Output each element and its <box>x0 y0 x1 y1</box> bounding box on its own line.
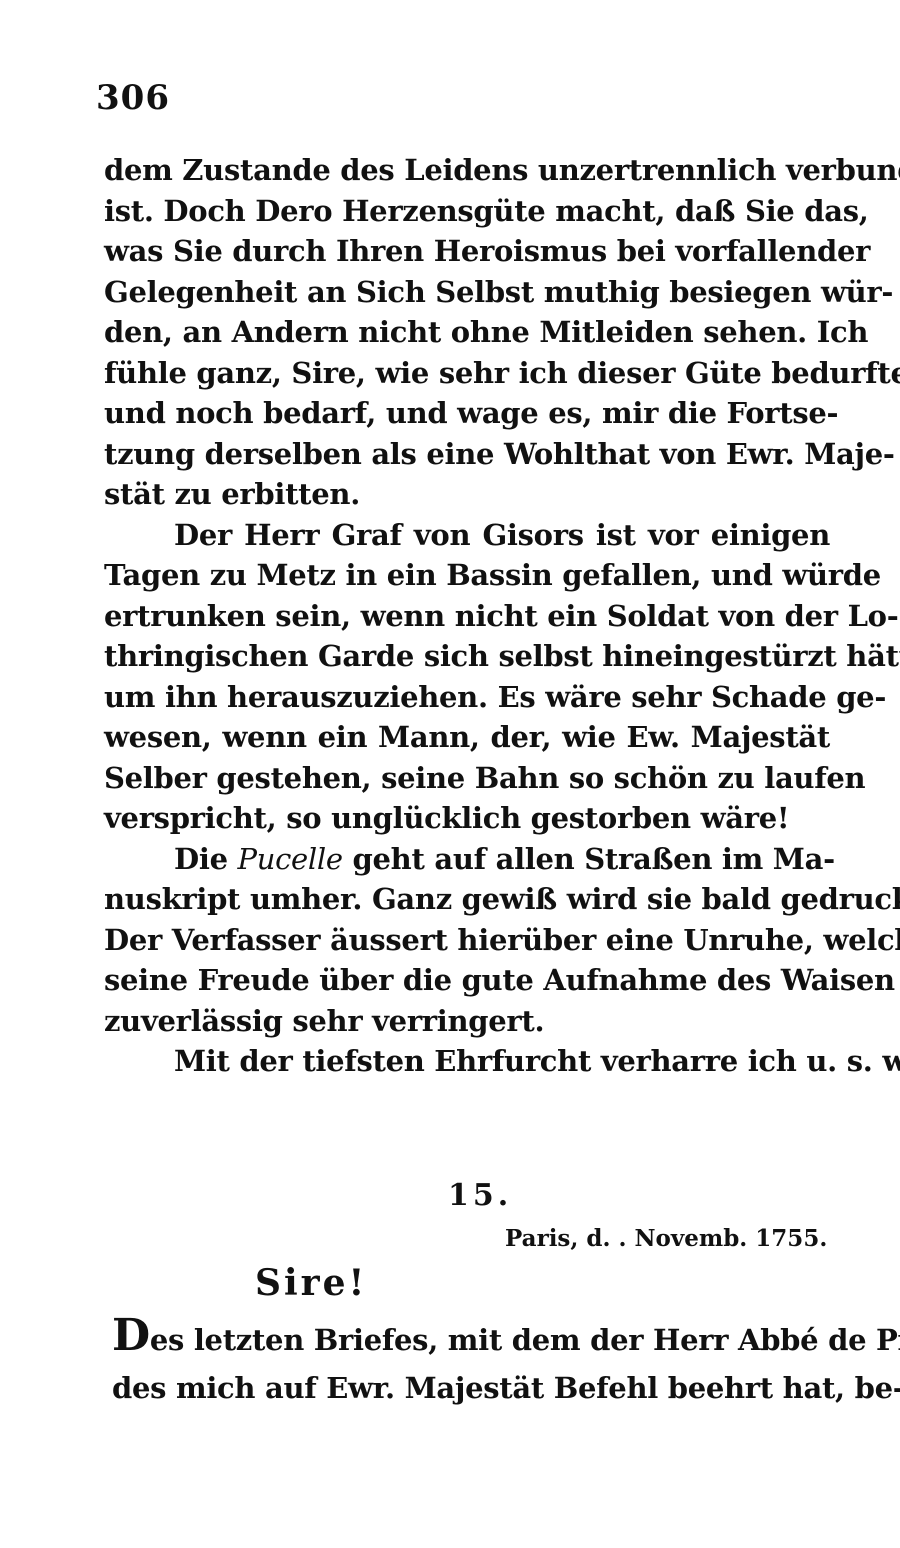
text-line-content: es letzten Briefes, mit dem der Herr Abb… <box>150 1323 900 1357</box>
text-line-paragraph-start: Die Pucelle geht auf allen Straßen im Ma… <box>104 839 830 880</box>
text-line: dem Zustande des Leidens unzertrennlich … <box>104 150 830 191</box>
dateline: Paris, d. . Novemb. 1755. <box>505 1225 827 1252</box>
text-line: Gelegenheit an Sich Selbst muthig besieg… <box>104 272 830 313</box>
text-line: den, an Andern nicht ohne Mitleiden sehe… <box>104 312 830 353</box>
text-line: stät zu erbitten. <box>104 474 830 515</box>
salutation: Sire! <box>255 1262 367 1304</box>
pucelle-rest: geht auf allen Straßen im Ma- <box>353 842 835 876</box>
text-line: Selber gestehen, seine Bahn so schön zu … <box>104 758 830 799</box>
pucelle-title-italic: Pucelle <box>238 842 343 876</box>
text-line: ertrunken sein, wenn nicht ein Soldat vo… <box>104 596 830 637</box>
text-line: des mich auf Ewr. Majestät Befehl beehrt… <box>112 1364 830 1412</box>
closing-line: Mit der tiefsten Ehrfurcht verharre ich … <box>104 1041 830 1082</box>
letter-number: 15. <box>448 1178 512 1213</box>
text-line: und noch bedarf, und wage es, mir die Fo… <box>104 393 830 434</box>
text-line: ist. Doch Dero Herzensgüte macht, daß Si… <box>104 191 830 232</box>
text-line: verspricht, so unglücklich gestorben wär… <box>104 798 830 839</box>
text-line: fühle ganz, Sire, wie sehr ich dieser Gü… <box>104 353 830 394</box>
text-line-paragraph-start: Der Herr Graf von Gisors ist vor einigen <box>104 515 830 556</box>
text-line: was Sie durch Ihren Heroismus bei vorfal… <box>104 231 830 272</box>
previous-letter-body: dem Zustande des Leidens unzertrennlich … <box>104 150 830 1082</box>
text-line: zuverlässig sehr verringert. <box>104 1001 830 1042</box>
text-line: nuskript umher. Ganz gewiß wird sie bald… <box>104 879 830 920</box>
text-line: tzung derselben als eine Wohlthat von Ew… <box>104 434 830 475</box>
page-number: 306 <box>96 78 170 118</box>
next-letter-body: Des letzten Briefes, mit dem der Herr Ab… <box>112 1316 830 1412</box>
text-line: Des letzten Briefes, mit dem der Herr Ab… <box>112 1316 830 1364</box>
text-line: wesen, wenn ein Mann, der, wie Ew. Majes… <box>104 717 830 758</box>
text-line: um ihn herauszuziehen. Es wäre sehr Scha… <box>104 677 830 718</box>
pucelle-prefix: Die <box>174 842 228 876</box>
text-line: thringischen Garde sich selbst hineinges… <box>104 636 830 677</box>
text-line: seine Freude über die gute Aufnahme des … <box>104 960 830 1001</box>
text-line: Tagen zu Metz in ein Bassin gefallen, un… <box>104 555 830 596</box>
drop-cap: D <box>112 1310 150 1361</box>
text-line: Der Verfasser äussert hierüber eine Unru… <box>104 920 830 961</box>
